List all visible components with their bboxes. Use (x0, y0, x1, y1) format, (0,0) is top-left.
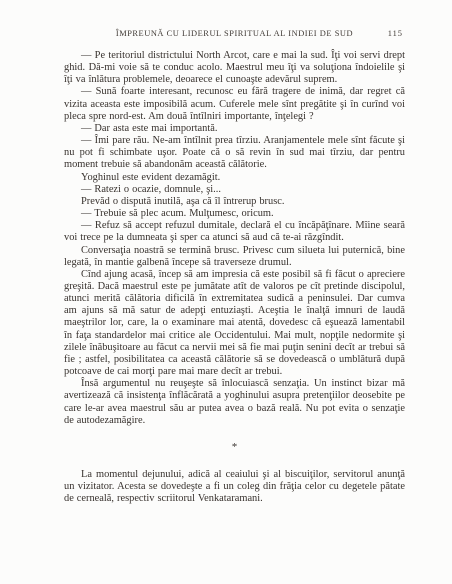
running-header: ÎMPREUNĂ CU LIDERUL SPIRITUAL AL INDIEI … (64, 29, 405, 41)
book-page: ÎMPREUNĂ CU LIDERUL SPIRITUAL AL INDIEI … (0, 0, 452, 584)
paragraph: — Dar asta este mai importantă. (64, 123, 405, 135)
paragraph: Prevăd o dispută inutilă, aşa că îl într… (64, 196, 405, 208)
paragraph: — Refuz să accept refuzul dumitale, decl… (64, 220, 405, 244)
section-separator-asterisk: * (64, 441, 405, 453)
text-block: — Pe teritoriul districtului North Arcot… (64, 50, 405, 505)
paragraph: — Pe teritoriul districtului North Arcot… (64, 50, 405, 86)
paragraph: La momentul dejunului, adică al ceaiului… (64, 469, 405, 505)
paragraph: Conversaţia noastră se termină brusc. Pr… (64, 245, 405, 269)
paragraph: — Îmi pare rău. Ne-am întîlnit prea tîrz… (64, 135, 405, 171)
paragraph: Yoghinul este evident dezamăgit. (64, 172, 405, 184)
paragraph: — Sună foarte interesant, recunosc eu fă… (64, 86, 405, 122)
paragraph: — Trebuie să plec acum. Mulţumesc, oricu… (64, 208, 405, 220)
paragraph: — Ratezi o ocazie, domnule, şi... (64, 184, 405, 196)
paragraph: Cînd ajung acasă, încep să am impresia c… (64, 269, 405, 378)
paragraph: Însă argumentul nu reuşeşte să înlocuias… (64, 378, 405, 427)
page-number: 115 (388, 29, 403, 38)
header-title: ÎMPREUNĂ CU LIDERUL SPIRITUAL AL INDIEI … (116, 29, 353, 38)
